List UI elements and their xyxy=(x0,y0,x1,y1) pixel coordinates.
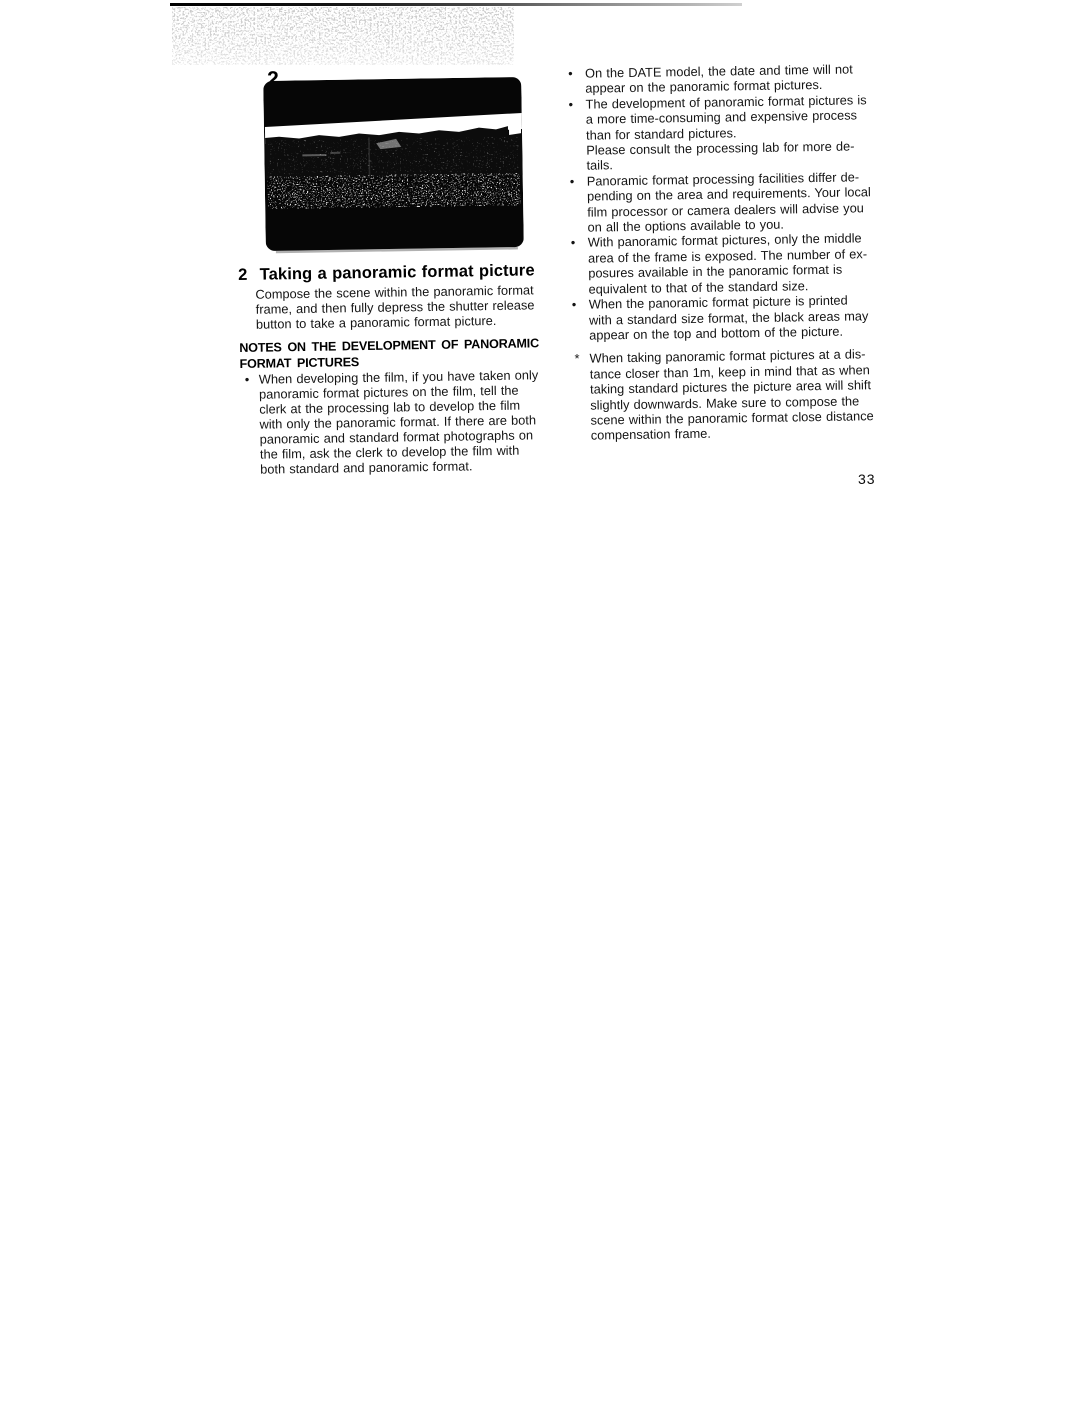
panoramic-photo xyxy=(263,77,524,254)
asterisk-note-item: * When taking panoramic format pictures … xyxy=(567,346,916,444)
bullet-marker: • xyxy=(563,66,585,82)
step-title: Taking a panoramic format picture xyxy=(260,260,535,284)
step-body: Compose the scene within the panoramic f… xyxy=(255,282,569,332)
notes-bullet-text: When developing the film, if you have ta… xyxy=(259,367,572,477)
notes-bullet-item: • When developing the film, if you have … xyxy=(240,367,572,477)
note-text: Panoramic format processing facilities d… xyxy=(587,168,914,235)
panoramic-photo-figure: 2 xyxy=(263,64,524,256)
step-number: 2 xyxy=(238,265,248,285)
step-heading: 2 Taking a panoramic format picture xyxy=(238,260,568,285)
note-text: With panoramic format pictures, only the… xyxy=(588,230,915,297)
note-item: • Panoramic format processing facilities… xyxy=(565,168,914,235)
bullet-marker: • xyxy=(567,297,589,313)
notes-heading: NOTES ON THE DEVELOPMENT OF PANORAMIC FO… xyxy=(239,336,569,372)
note-text: On the DATE model, the date and time wil… xyxy=(585,61,911,97)
scan-artifact-noise xyxy=(172,7,514,65)
left-column: 2 Taking a panoramic format picture Comp… xyxy=(238,260,571,477)
bullet-marker: • xyxy=(240,372,259,387)
note-item: • With panoramic format pictures, only t… xyxy=(566,230,915,297)
note-text: The development of panoramic format pict… xyxy=(585,91,912,173)
asterisk-note-text: When taking panoramic format pictures at… xyxy=(589,346,916,444)
bullet-marker: • xyxy=(566,235,588,251)
bullet-marker: • xyxy=(563,96,585,112)
asterisk-marker: * xyxy=(567,351,589,367)
note-text: When the panoramic format picture is pri… xyxy=(589,292,916,343)
scan-edge-line xyxy=(170,3,742,6)
bullet-marker: • xyxy=(565,173,587,189)
note-item: • The development of panoramic format pi… xyxy=(563,91,912,173)
page-number: 33 xyxy=(858,471,876,487)
right-column: • On the DATE model, the date and time w… xyxy=(563,61,917,444)
note-item: • When the panoramic format picture is p… xyxy=(567,292,916,344)
manual-page: 2 xyxy=(0,0,1080,1409)
